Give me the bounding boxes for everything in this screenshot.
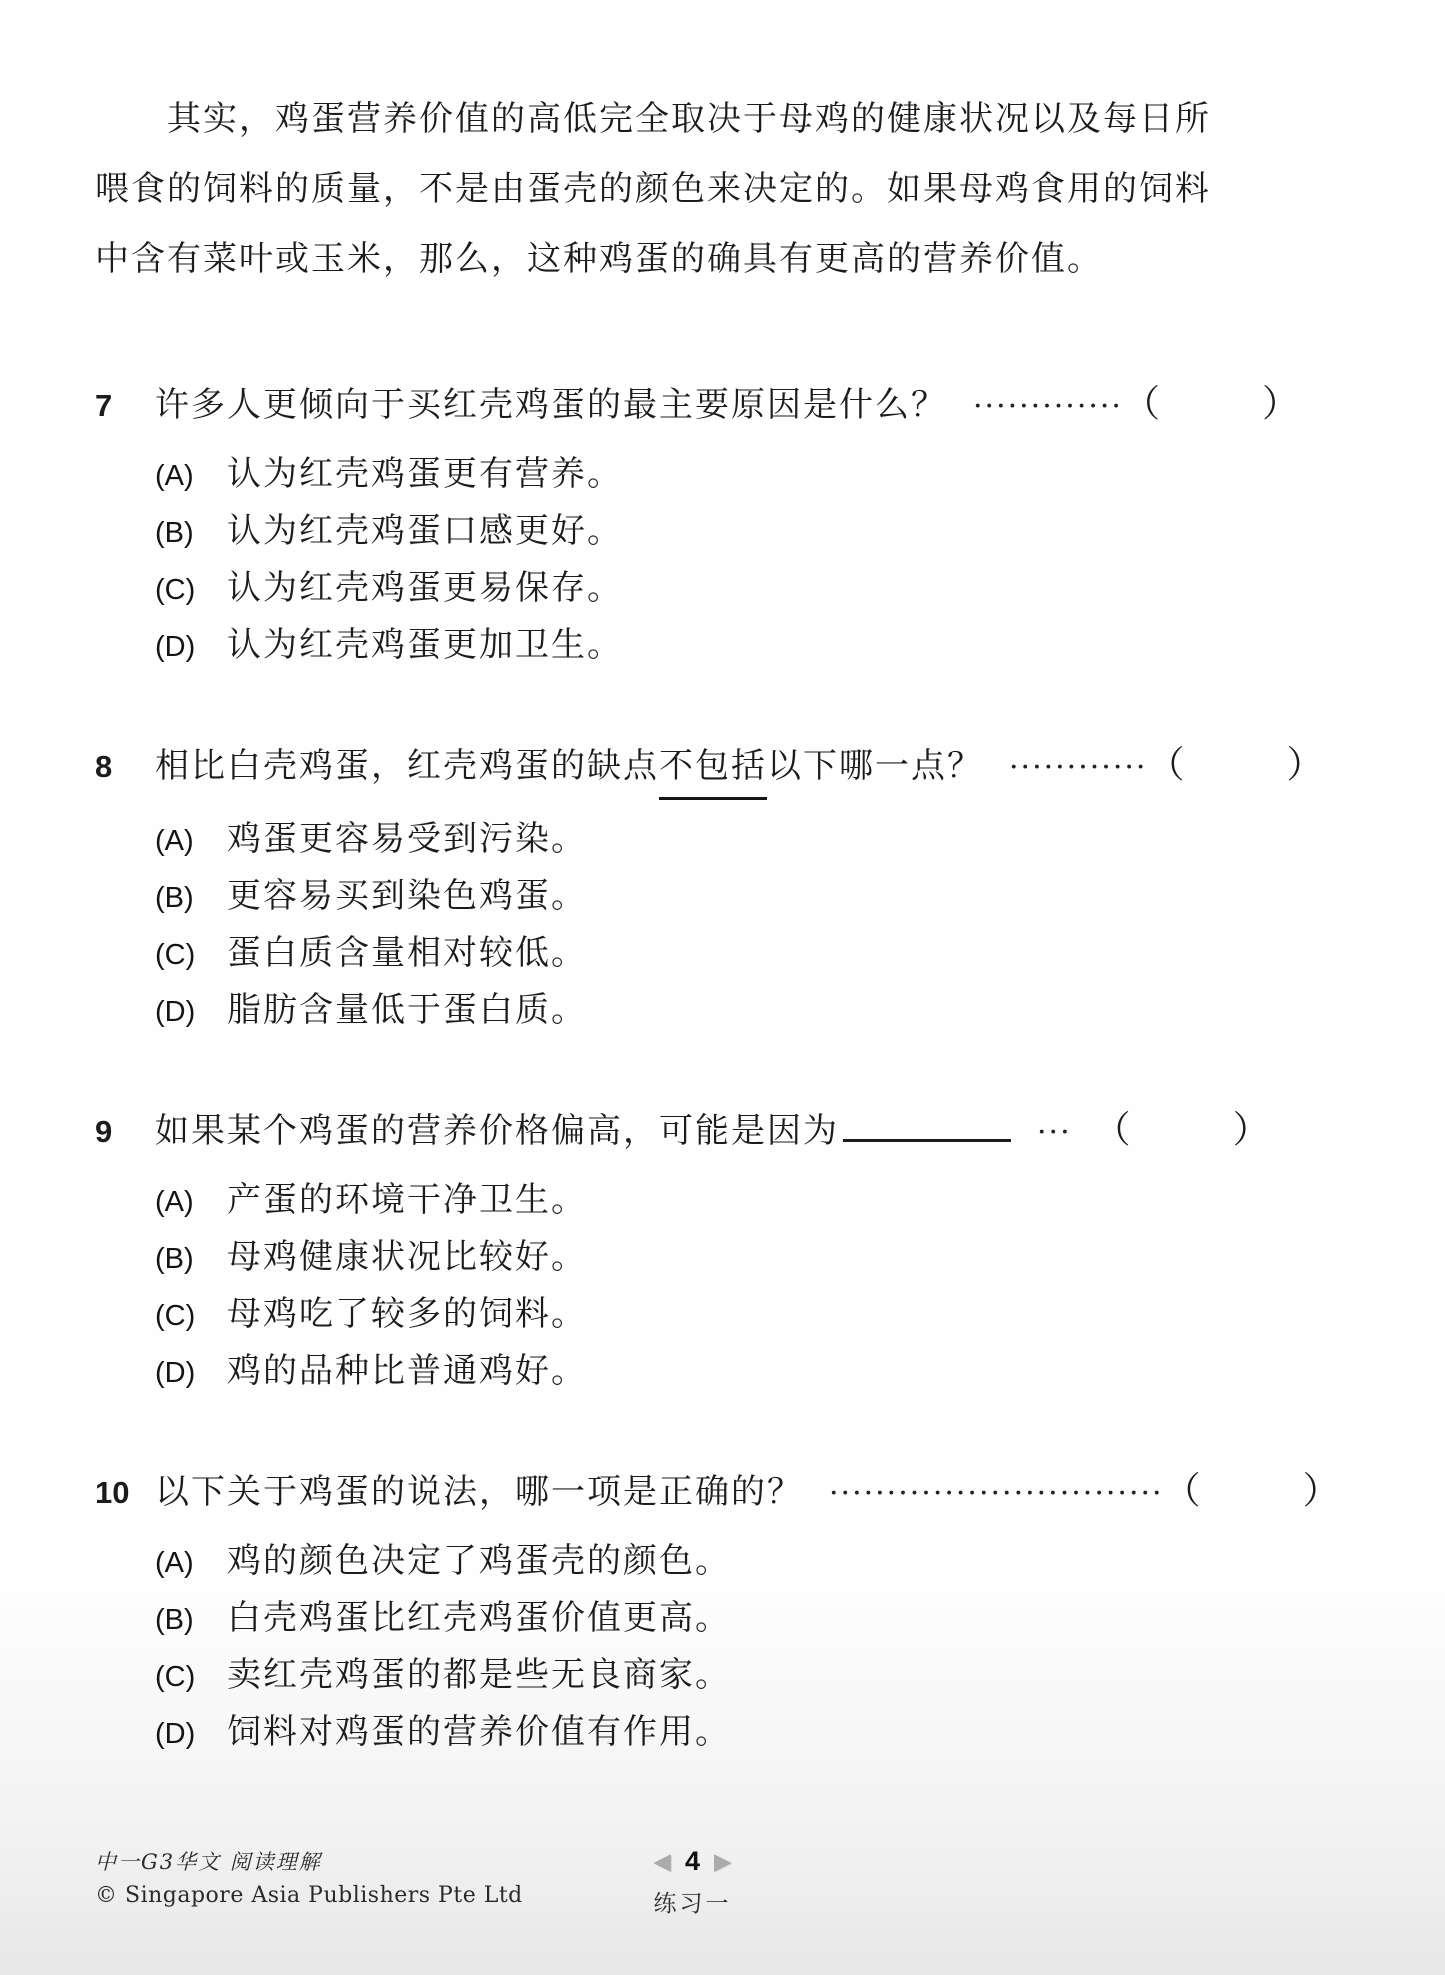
answer-parentheses: （ ）: [1147, 737, 1325, 793]
option-text: 认为红壳鸡蛋口感更好。: [227, 504, 623, 559]
question-7-options: (A) 认为红壳鸡蛋更有营养。 (B) 认为红壳鸡蛋口感更好。 (C) 认为红壳…: [95, 447, 1225, 675]
option-row: (C) 认为红壳鸡蛋更易保存。: [95, 561, 1225, 618]
answer-parentheses: （ ）: [1123, 376, 1301, 432]
option-text: 认为红壳鸡蛋更有营养。: [227, 447, 623, 502]
paragraph-line: 其实，鸡蛋营养价值的高低完全取决于母鸡的健康状况以及每日所: [95, 84, 1225, 154]
footer-publisher-block: 中一G3华文 阅读理解 © Singapore Asia Publishers …: [95, 1846, 523, 1908]
option-label: (A): [155, 1536, 227, 1591]
option-label: (A): [155, 814, 227, 869]
fill-in-blank-line: [843, 1131, 1011, 1142]
option-label: (B): [155, 871, 227, 926]
option-text: 白壳鸡蛋比红壳鸡蛋价值更高。: [227, 1591, 731, 1646]
question-text: 许多人更倾向于买红壳鸡蛋的最主要原因是什么？: [155, 377, 947, 433]
series-title: 中一G3华文 阅读理解: [95, 1846, 523, 1876]
intro-paragraph: 其实，鸡蛋营养价值的高低完全取决于母鸡的健康状况以及每日所 喂食的饲料的质量，不…: [95, 84, 1225, 294]
question-10: 10 以下关于鸡蛋的说法，哪一项是正确的？ ··················…: [95, 1463, 1225, 1762]
question-text: 以下哪一点？: [767, 738, 983, 794]
question-text: 以下关于鸡蛋的说法，哪一项是正确的？: [155, 1464, 803, 1520]
option-row: (C) 母鸡吃了较多的饲料。: [95, 1287, 1225, 1344]
question-7-line: 7 许多人更倾向于买红壳鸡蛋的最主要原因是什么？ ············· （…: [95, 376, 1225, 435]
option-text: 鸡的品种比普通鸡好。: [227, 1344, 587, 1399]
option-text: 饲料对鸡蛋的营养价值有作用。: [227, 1705, 731, 1760]
option-text: 蛋白质含量相对较低。: [227, 926, 587, 981]
option-label: (D): [155, 1346, 227, 1401]
option-label: (D): [155, 985, 227, 1040]
close-paren: ）: [1303, 1463, 1342, 1519]
open-paren: （: [1094, 1102, 1133, 1158]
question-number: 8: [95, 739, 155, 795]
question-8-line: 8 相比白壳鸡蛋，红壳鸡蛋的缺点 不包括 以下哪一点？ ············…: [95, 737, 1225, 800]
next-page-icon: ▶: [714, 1849, 732, 1875]
option-label: (C): [155, 1289, 227, 1344]
open-paren: （: [1123, 376, 1162, 432]
section-label: 练习一: [605, 1885, 780, 1918]
option-row: (A) 认为红壳鸡蛋更有营养。: [95, 447, 1225, 504]
option-label: (B): [155, 1593, 227, 1648]
option-row: (B) 更容易买到染色鸡蛋。: [95, 869, 1225, 926]
question-9: 9 如果某个鸡蛋的营养价格偏高，可能是因为 ··· （ ） (A) 产蛋的环境干…: [95, 1102, 1225, 1401]
option-row: (A) 产蛋的环境干净卫生。: [95, 1173, 1225, 1230]
option-text: 鸡的颜色决定了鸡蛋壳的颜色。: [227, 1534, 731, 1589]
option-label: (A): [155, 449, 227, 504]
answer-parentheses: （ ）: [1164, 1463, 1342, 1519]
option-text: 认为红壳鸡蛋更易保存。: [227, 561, 623, 616]
question-8: 8 相比白壳鸡蛋，红壳鸡蛋的缺点 不包括 以下哪一点？ ············…: [95, 737, 1225, 1040]
option-label: (C): [155, 563, 227, 618]
option-text: 母鸡吃了较多的饲料。: [227, 1287, 587, 1342]
option-label: (B): [155, 1232, 227, 1287]
prev-page-icon: ◀: [653, 1849, 671, 1875]
leader-dots: ···: [1037, 1105, 1072, 1161]
option-row: (D) 脂肪含量低于蛋白质。: [95, 983, 1225, 1040]
option-row: (D) 饲料对鸡蛋的营养价值有作用。: [95, 1705, 1225, 1762]
leader-dots: ·····························: [829, 1466, 1164, 1522]
leader-dots: ·············: [973, 379, 1123, 435]
copyright-notice: © Singapore Asia Publishers Pte Ltd: [95, 1883, 523, 1908]
option-row: (C) 蛋白质含量相对较低。: [95, 926, 1225, 983]
question-9-line: 9 如果某个鸡蛋的营养价格偏高，可能是因为 ··· （ ）: [95, 1102, 1225, 1161]
option-label: (C): [155, 1650, 227, 1705]
open-paren: （: [1164, 1463, 1203, 1519]
paragraph-line: 喂食的饲料的质量，不是由蛋壳的颜色来决定的。如果母鸡食用的饲料: [95, 154, 1225, 224]
question-number: 10: [95, 1465, 155, 1521]
question-7: 7 许多人更倾向于买红壳鸡蛋的最主要原因是什么？ ············· （…: [95, 376, 1225, 675]
question-text: 相比白壳鸡蛋，红壳鸡蛋的缺点: [155, 738, 659, 794]
option-text: 脂肪含量低于蛋白质。: [227, 983, 587, 1038]
question-9-options: (A) 产蛋的环境干净卫生。 (B) 母鸡健康状况比较好。 (C) 母鸡吃了较多…: [95, 1173, 1225, 1401]
option-row: (A) 鸡的颜色决定了鸡蛋壳的颜色。: [95, 1534, 1225, 1591]
option-text: 鸡蛋更容易受到污染。: [227, 812, 587, 867]
option-row: (A) 鸡蛋更容易受到污染。: [95, 812, 1225, 869]
option-label: (A): [155, 1175, 227, 1230]
question-number: 9: [95, 1104, 155, 1160]
paragraph-line: 中含有菜叶或玉米，那么，这种鸡蛋的确具有更高的营养价值。: [95, 224, 1225, 294]
option-label: (D): [155, 620, 227, 675]
close-paren: ）: [1262, 376, 1301, 432]
option-label: (C): [155, 928, 227, 983]
close-paren: ）: [1286, 737, 1325, 793]
option-row: (B) 认为红壳鸡蛋口感更好。: [95, 504, 1225, 561]
answer-parentheses: （ ）: [1094, 1102, 1272, 1158]
question-10-options: (A) 鸡的颜色决定了鸡蛋壳的颜色。 (B) 白壳鸡蛋比红壳鸡蛋价值更高。 (C…: [95, 1534, 1225, 1762]
question-8-options: (A) 鸡蛋更容易受到污染。 (B) 更容易买到染色鸡蛋。 (C) 蛋白质含量相…: [95, 812, 1225, 1040]
option-text: 卖红壳鸡蛋的都是些无良商家。: [227, 1648, 731, 1703]
option-label: (B): [155, 506, 227, 561]
page-nav: ◀ 4 ▶: [605, 1846, 780, 1877]
question-text: 如果某个鸡蛋的营养价格偏高，可能是因为: [155, 1103, 839, 1159]
question-text-underlined: 不包括: [659, 738, 767, 800]
footer-page-block: ◀ 4 ▶ 练习一: [605, 1846, 780, 1918]
page-content: 其实，鸡蛋营养价值的高低完全取决于母鸡的健康状况以及每日所 喂食的饲料的质量，不…: [95, 84, 1225, 1762]
option-text: 更容易买到染色鸡蛋。: [227, 869, 587, 924]
question-10-line: 10 以下关于鸡蛋的说法，哪一项是正确的？ ··················…: [95, 1463, 1225, 1522]
close-paren: ）: [1233, 1102, 1272, 1158]
option-row: (B) 母鸡健康状况比较好。: [95, 1230, 1225, 1287]
leader-dots: ············: [1009, 740, 1147, 796]
option-text: 认为红壳鸡蛋更加卫生。: [227, 618, 623, 673]
option-row: (D) 认为红壳鸡蛋更加卫生。: [95, 618, 1225, 675]
option-row: (B) 白壳鸡蛋比红壳鸡蛋价值更高。: [95, 1591, 1225, 1648]
option-row: (C) 卖红壳鸡蛋的都是些无良商家。: [95, 1648, 1225, 1705]
option-label: (D): [155, 1707, 227, 1762]
open-paren: （: [1147, 737, 1186, 793]
option-row: (D) 鸡的品种比普通鸡好。: [95, 1344, 1225, 1401]
option-text: 母鸡健康状况比较好。: [227, 1230, 587, 1285]
worksheet-page: 其实，鸡蛋营养价值的高低完全取决于母鸡的健康状况以及每日所 喂食的饲料的质量，不…: [0, 0, 1445, 1975]
option-text: 产蛋的环境干净卫生。: [227, 1173, 587, 1228]
question-number: 7: [95, 378, 155, 434]
page-number: 4: [685, 1846, 700, 1877]
